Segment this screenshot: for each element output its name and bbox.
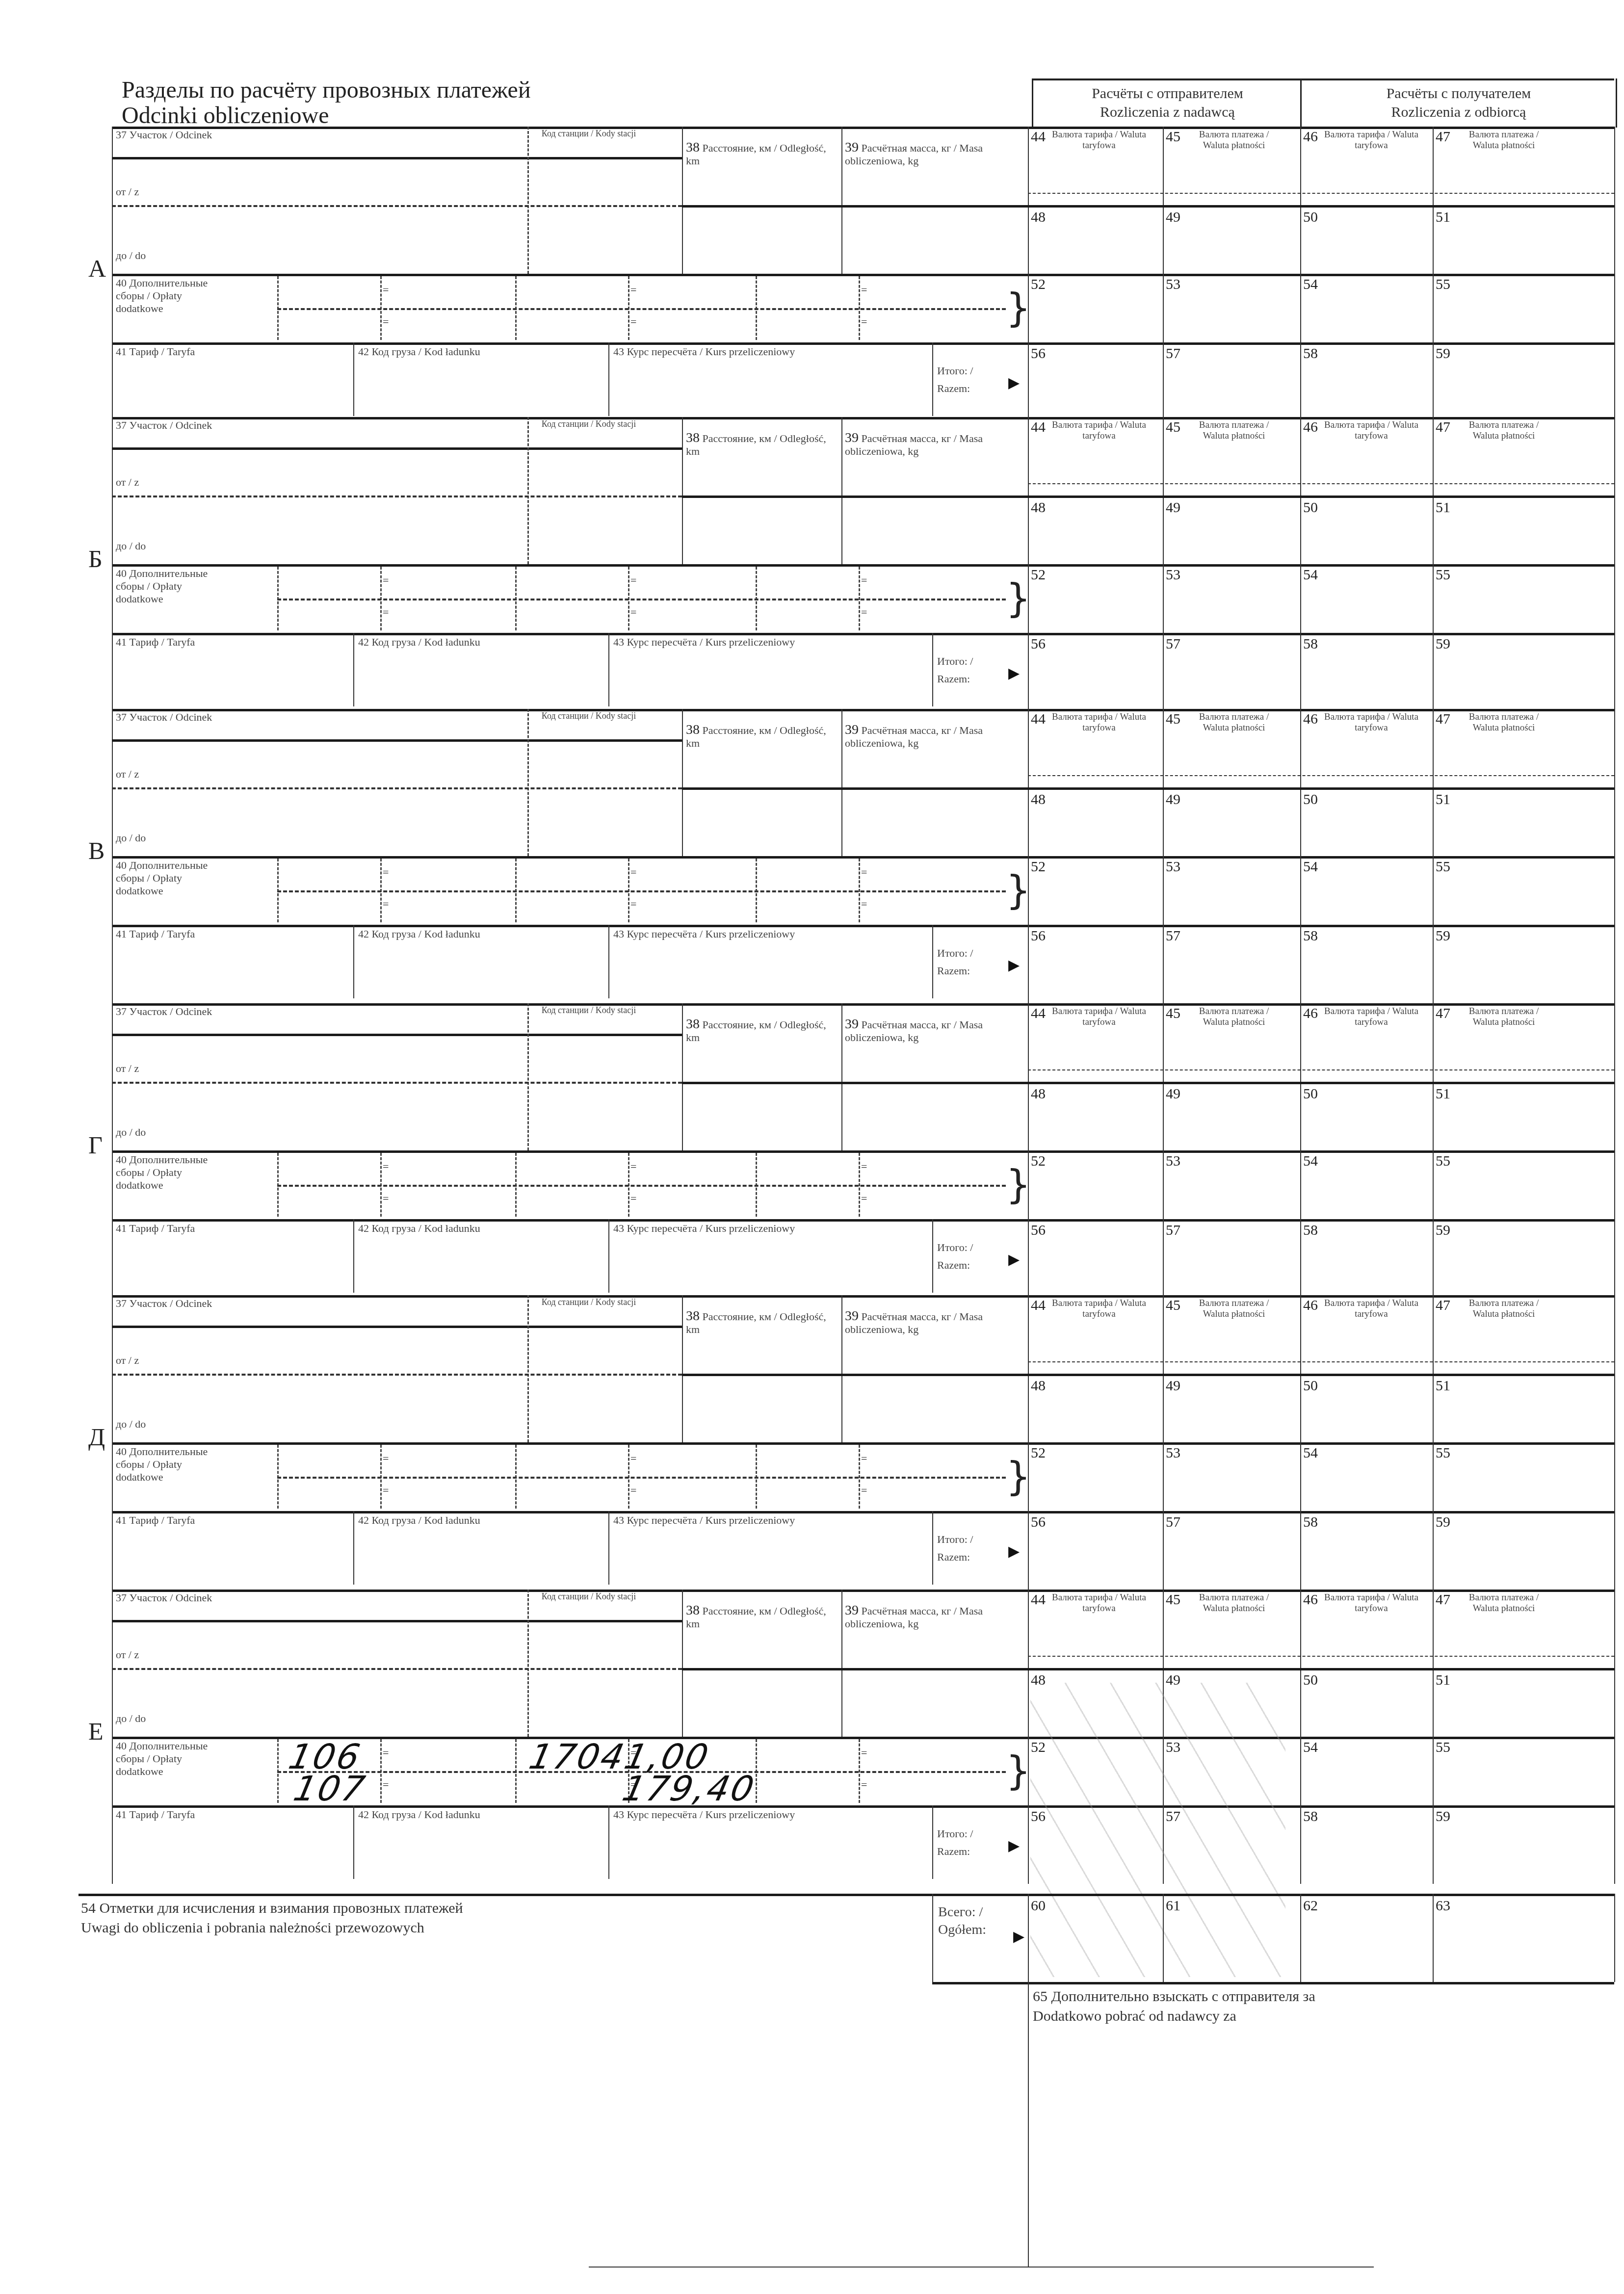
equals-sign: =	[861, 284, 867, 296]
currency-label: Валюта платежа / Waluta płatności	[1455, 1006, 1553, 1028]
cell-56[interactable]: 56	[1031, 1222, 1046, 1239]
cell-44[interactable]: 44	[1031, 419, 1046, 436]
brace-icon: }	[1006, 288, 1031, 328]
cell-53[interactable]: 53	[1166, 1445, 1180, 1461]
cell-48[interactable]: 48	[1031, 209, 1046, 226]
cell-56[interactable]: 56	[1031, 1514, 1046, 1531]
equals-sign: =	[383, 898, 389, 911]
field-39-label: 39 Расчётная масса, кг / Masa obliczenio…	[845, 1604, 1022, 1630]
to-label: до / do	[116, 249, 146, 262]
equals-sign: =	[861, 574, 867, 587]
section-letter: Д	[88, 1423, 105, 1451]
to-label: до / do	[116, 832, 146, 844]
arrow-right-icon: ▶	[1008, 665, 1020, 682]
equals-sign: =	[630, 284, 636, 296]
field-38-label: 38 Расстояние, км / Odległość, km	[686, 141, 833, 167]
currency-label: Валюта платежа / Waluta płatności	[1185, 712, 1283, 733]
cell-57[interactable]: 57	[1166, 928, 1180, 944]
field-41-label: 41 Тариф / Taryfa	[116, 928, 195, 940]
cell-56[interactable]: 56	[1031, 345, 1046, 362]
cell-59[interactable]: 59	[1436, 1808, 1450, 1825]
field-65-pl: Dodatkowo pobrać od nadawcy za	[1033, 2007, 1315, 2026]
section-2: Б37 Участок / OdcinekКод станции / Kody …	[112, 417, 1614, 711]
arrow-right-icon: ▶	[1008, 957, 1020, 974]
field-37-label: 37 Участок / Odcinek	[116, 419, 212, 432]
receiver-pl: Rozliczenia z odbiorcą	[1387, 103, 1531, 122]
cell-51[interactable]: 51	[1436, 1378, 1450, 1394]
equals-sign: =	[861, 1192, 867, 1205]
cell-53[interactable]: 53	[1166, 1153, 1180, 1170]
cell-52[interactable]: 52	[1031, 859, 1046, 875]
cell-56[interactable]: 56	[1031, 928, 1046, 944]
cell-49[interactable]: 49	[1166, 209, 1180, 226]
currency-label: Валюта тарифа / Waluta taryfowa	[1050, 420, 1148, 442]
cell-58[interactable]: 58	[1303, 928, 1318, 944]
cell-48[interactable]: 48	[1031, 499, 1046, 516]
equals-sign: =	[861, 1452, 867, 1465]
field-43-label: 43 Курс пересчёта / Kurs przeliczeniowy	[613, 345, 795, 358]
cell-45[interactable]: 45	[1166, 711, 1180, 728]
subtotal-label: Итого: / Razem:	[937, 1239, 996, 1274]
equals-sign: =	[383, 866, 389, 879]
section-1: А37 Участок / OdcinekКод станции / Kody …	[112, 127, 1614, 421]
cell-48[interactable]: 48	[1031, 1086, 1046, 1102]
field-42-label: 42 Код груза / Kod ładunku	[358, 636, 480, 649]
currency-label: Валюта платежа / Waluta płatności	[1185, 1592, 1283, 1614]
subtotal-label: Итого: / Razem:	[937, 1531, 996, 1566]
cell-50[interactable]: 50	[1303, 1672, 1318, 1689]
cell-55[interactable]: 55	[1436, 1445, 1450, 1461]
from-label: от / z	[116, 476, 139, 489]
from-label: от / z	[116, 1062, 139, 1075]
currency-label: Валюта тарифа / Waluta taryfowa	[1050, 130, 1148, 151]
cell-47[interactable]: 47	[1436, 129, 1450, 145]
field-39-label: 39 Расчётная масса, кг / Masa obliczenio…	[845, 141, 1022, 167]
cell-51[interactable]: 51	[1436, 499, 1450, 516]
cell-49[interactable]: 49	[1166, 1086, 1180, 1102]
equals-sign: =	[861, 606, 867, 619]
equals-sign: =	[383, 1192, 389, 1205]
cell-44[interactable]: 44	[1031, 1005, 1046, 1022]
cell-53[interactable]: 53	[1166, 567, 1180, 583]
field-40-label: 40 Дополнительные сборы / Opłaty dodatko…	[116, 567, 214, 605]
equals-sign: =	[630, 606, 636, 619]
cell-54[interactable]: 54	[1303, 859, 1318, 875]
field-43-label: 43 Курс пересчёта / Kurs przeliczeniowy	[613, 1514, 795, 1527]
to-label: до / do	[116, 540, 146, 552]
arrow-right-icon: ▶	[1013, 1928, 1024, 1945]
cell-59[interactable]: 59	[1436, 345, 1450, 362]
currency-label: Валюта тарифа / Waluta taryfowa	[1322, 420, 1420, 442]
cell-53[interactable]: 53	[1166, 276, 1180, 293]
currency-label: Валюта платежа / Waluta płatności	[1185, 1006, 1283, 1028]
to-label: до / do	[116, 1712, 146, 1725]
subtotal-label: Итого: / Razem:	[937, 652, 996, 688]
brace-icon: }	[1006, 579, 1031, 618]
cell-45[interactable]: 45	[1166, 1591, 1180, 1608]
cell-59[interactable]: 59	[1436, 636, 1450, 652]
cell-46[interactable]: 46	[1303, 1005, 1318, 1022]
receiver-ru: Расчёты с получателем	[1387, 84, 1531, 103]
equals-sign: =	[861, 866, 867, 879]
sender-ru: Расчёты с отправителем	[1092, 84, 1243, 103]
cell-50[interactable]: 50	[1303, 1086, 1318, 1102]
field-38-label: 38 Расстояние, км / Odległość, km	[686, 724, 833, 750]
currency-label: Валюта тарифа / Waluta taryfowa	[1050, 1592, 1148, 1614]
charge-code-2: 107	[290, 1769, 370, 1809]
cell-46[interactable]: 46	[1303, 1297, 1318, 1314]
currency-label: Валюта платежа / Waluta płatności	[1455, 1592, 1553, 1614]
cell-54[interactable]: 54	[1303, 276, 1318, 293]
cell-50[interactable]: 50	[1303, 499, 1318, 516]
cell-57[interactable]: 57	[1166, 1222, 1180, 1239]
cell-45[interactable]: 45	[1166, 1297, 1180, 1314]
equals-sign: =	[630, 315, 636, 328]
cell-46[interactable]: 46	[1303, 129, 1318, 145]
total-label: Всего: / Ogółem:	[938, 1903, 1012, 1939]
field-40-label: 40 Дополнительные сборы / Opłaty dodatko…	[116, 277, 214, 315]
cell-47[interactable]: 47	[1436, 711, 1450, 728]
cell-48[interactable]: 48	[1031, 1378, 1046, 1394]
field-42-label: 42 Код груза / Kod ładunku	[358, 1514, 480, 1527]
cell-54[interactable]: 54	[1303, 567, 1318, 583]
field-40-label: 40 Дополнительные сборы / Opłaty dodatko…	[116, 1153, 214, 1192]
cell-52[interactable]: 52	[1031, 1153, 1046, 1170]
field-41-label: 41 Тариф / Taryfa	[116, 1222, 195, 1235]
cell-54[interactable]: 54	[1303, 1445, 1318, 1461]
cell-62[interactable]: 62	[1303, 1898, 1318, 1914]
field-41-label: 41 Тариф / Taryfa	[116, 1808, 195, 1821]
currency-label: Валюта тарифа / Waluta taryfowa	[1322, 1592, 1420, 1614]
equals-sign: =	[861, 898, 867, 911]
currency-label: Валюта платежа / Waluta płatności	[1185, 420, 1283, 442]
brace-icon: }	[1006, 1165, 1031, 1204]
cell-57[interactable]: 57	[1166, 345, 1180, 362]
currency-label: Валюта тарифа / Waluta taryfowa	[1322, 1298, 1420, 1320]
cell-54[interactable]: 54	[1303, 1153, 1318, 1170]
currency-label: Валюта тарифа / Waluta taryfowa	[1050, 1006, 1148, 1028]
field-54-ru: 54 Отметки для исчисления и взимания про…	[81, 1899, 463, 1918]
field-37-label: 37 Участок / Odcinek	[116, 1297, 212, 1310]
cell-51[interactable]: 51	[1436, 1672, 1450, 1689]
section-letter: Б	[88, 545, 103, 573]
title-pl: Odcinki obliczeniowe	[122, 103, 531, 129]
equals-sign: =	[630, 866, 636, 879]
field-37-label: 37 Участок / Odcinek	[116, 1591, 212, 1604]
cell-52[interactable]: 52	[1031, 1445, 1046, 1461]
cell-46[interactable]: 46	[1303, 1591, 1318, 1608]
field-37-label: 37 Участок / Odcinek	[116, 129, 212, 141]
page-title: Разделы по расчёту провозных платежей Od…	[122, 78, 531, 129]
section-6: Е37 Участок / OdcinekКод станции / Kody …	[112, 1590, 1614, 1884]
cell-52[interactable]: 52	[1031, 276, 1046, 293]
equals-sign: =	[383, 1160, 389, 1173]
equals-sign: =	[383, 1747, 389, 1759]
field-38-label: 38 Расстояние, км / Odległość, km	[686, 432, 833, 458]
field-65-ru: 65 Дополнительно взыскать с отправителя …	[1033, 1987, 1315, 2007]
title-ru: Разделы по расчёту провозных платежей	[122, 78, 531, 103]
section-letter: Г	[88, 1131, 103, 1159]
station-code-label: Код станции / Kody stacji	[540, 419, 638, 429]
cell-45[interactable]: 45	[1166, 1005, 1180, 1022]
cell-56[interactable]: 56	[1031, 636, 1046, 652]
station-code-label: Код станции / Kody stacji	[540, 1297, 638, 1307]
equals-sign: =	[383, 1452, 389, 1465]
from-label: от / z	[116, 1648, 139, 1661]
field-38-label: 38 Расстояние, км / Odległość, km	[686, 1018, 833, 1044]
cell-51[interactable]: 51	[1436, 209, 1450, 226]
cell-58[interactable]: 58	[1303, 1222, 1318, 1239]
field-40-label: 40 Дополнительные сборы / Opłaty dodatko…	[116, 1445, 214, 1484]
field-54: 54 Отметки для исчисления и взимания про…	[81, 1899, 463, 1938]
section-4: Г37 Участок / OdcinekКод станции / Kody …	[112, 1003, 1614, 1298]
equals-sign: =	[383, 606, 389, 619]
field-41-label: 41 Тариф / Taryfa	[116, 1514, 195, 1527]
currency-label: Валюта тарифа / Waluta taryfowa	[1050, 1298, 1148, 1320]
currency-label: Валюта тарифа / Waluta taryfowa	[1322, 712, 1420, 733]
field-41-label: 41 Тариф / Taryfa	[116, 636, 195, 649]
sender-settlement-header: Расчёты с отправителемRozliczenia z nada…	[1032, 78, 1302, 128]
section-letter: Е	[88, 1717, 104, 1746]
field-37-label: 37 Участок / Odcinek	[116, 1005, 212, 1018]
cell-44[interactable]: 44	[1031, 1591, 1046, 1608]
cell-53[interactable]: 53	[1166, 859, 1180, 875]
equals-sign: =	[861, 1484, 867, 1497]
field-42-label: 42 Код груза / Kod ładunku	[358, 1222, 480, 1235]
arrow-right-icon: ▶	[1008, 1251, 1020, 1268]
equals-sign: =	[630, 1160, 636, 1173]
field-42-label: 42 Код груза / Kod ładunku	[358, 1808, 480, 1821]
currency-label: Валюта платежа / Waluta płatności	[1455, 712, 1553, 733]
station-code-label: Код станции / Kody stacji	[540, 1591, 638, 1601]
currency-label: Валюта тарифа / Waluta taryfowa	[1050, 712, 1148, 733]
equals-sign: =	[861, 315, 867, 328]
field-38-label: 38 Расстояние, км / Odległość, km	[686, 1604, 833, 1630]
section-letter: В	[88, 836, 105, 865]
equals-sign: =	[630, 898, 636, 911]
charge-amount-2: 179,40	[619, 1769, 759, 1809]
from-label: от / z	[116, 1354, 139, 1367]
field-40-label: 40 Дополнительные сборы / Opłaty dodatko…	[116, 859, 214, 897]
cell-50[interactable]: 50	[1303, 209, 1318, 226]
to-label: до / do	[116, 1418, 146, 1431]
equals-sign: =	[383, 1484, 389, 1497]
cell-49[interactable]: 49	[1166, 791, 1180, 808]
section-5: Д37 Участок / OdcinekКод станции / Kody …	[112, 1295, 1614, 1590]
equals-sign: =	[630, 1192, 636, 1205]
field-41-label: 41 Тариф / Taryfa	[116, 345, 195, 358]
field-42-label: 42 Код груза / Kod ładunku	[358, 928, 480, 940]
equals-sign: =	[861, 1747, 867, 1759]
field-39-label: 39 Расчётная масса, кг / Masa obliczenio…	[845, 1018, 1022, 1044]
field-37-label: 37 Участок / Odcinek	[116, 711, 212, 724]
cell-47[interactable]: 47	[1436, 1297, 1450, 1314]
field-38-label: 38 Расстояние, км / Odległość, km	[686, 1310, 833, 1336]
cell-47[interactable]: 47	[1436, 419, 1450, 436]
station-code-label: Код станции / Kody stacji	[540, 711, 638, 721]
cell-55[interactable]: 55	[1436, 276, 1450, 293]
equals-sign: =	[630, 1452, 636, 1465]
receiver-settlement-header: Расчёты с получателемRozliczenia z odbio…	[1300, 78, 1617, 128]
cell-59[interactable]: 59	[1436, 928, 1450, 944]
cell-45[interactable]: 45	[1166, 419, 1180, 436]
equals-sign: =	[630, 574, 636, 587]
currency-label: Валюта платежа / Waluta płatności	[1185, 130, 1283, 151]
from-label: от / z	[116, 768, 139, 781]
field-39-label: 39 Расчётная масса, кг / Masa obliczenio…	[845, 432, 1022, 458]
equals-sign: =	[383, 315, 389, 328]
cell-60[interactable]: 60	[1031, 1898, 1046, 1914]
brace-icon: }	[1006, 1751, 1031, 1791]
brace-icon: }	[1006, 1457, 1031, 1496]
cell-57[interactable]: 57	[1166, 1514, 1180, 1531]
cell-44[interactable]: 44	[1031, 711, 1046, 728]
subtotal-label: Итого: / Razem:	[937, 362, 996, 397]
field-40-label: 40 Дополнительные сборы / Opłaty dodatko…	[116, 1740, 214, 1778]
subtotal-label: Итого: / Razem:	[937, 944, 996, 980]
subtotal-label: Итого: / Razem:	[937, 1825, 996, 1860]
cell-55[interactable]: 55	[1436, 859, 1450, 875]
cell-59[interactable]: 59	[1436, 1222, 1450, 1239]
section-3: В37 Участок / OdcinekКод станции / Kody …	[112, 709, 1614, 1003]
field-65: 65 Дополнительно взыскать с отправителя …	[1033, 1987, 1315, 2026]
cell-48[interactable]: 48	[1031, 791, 1046, 808]
to-label: до / do	[116, 1126, 146, 1139]
cell-50[interactable]: 50	[1303, 1378, 1318, 1394]
currency-label: Валюта платежа / Waluta płatności	[1185, 1298, 1283, 1320]
cell-44[interactable]: 44	[1031, 129, 1046, 145]
field-42-label: 42 Код груза / Kod ładunku	[358, 345, 480, 358]
section-letter: А	[88, 254, 106, 283]
station-code-label: Код станции / Kody stacji	[540, 129, 638, 138]
cell-46[interactable]: 46	[1303, 419, 1318, 436]
cell-61[interactable]: 61	[1166, 1898, 1180, 1914]
cell-51[interactable]: 51	[1436, 791, 1450, 808]
currency-label: Валюта тарифа / Waluta taryfowa	[1322, 130, 1420, 151]
cell-55[interactable]: 55	[1436, 1153, 1450, 1170]
cell-50[interactable]: 50	[1303, 791, 1318, 808]
field-43-label: 43 Курс пересчёта / Kurs przeliczeniowy	[613, 1808, 795, 1821]
cell-49[interactable]: 49	[1166, 499, 1180, 516]
equals-sign: =	[861, 1778, 867, 1791]
cell-55[interactable]: 55	[1436, 1739, 1450, 1756]
field-43-label: 43 Курс пересчёта / Kurs przeliczeniowy	[613, 1222, 795, 1235]
cell-63[interactable]: 63	[1436, 1898, 1450, 1914]
cell-54[interactable]: 54	[1303, 1739, 1318, 1756]
station-code-label: Код станции / Kody stacji	[540, 1005, 638, 1015]
brace-icon: }	[1006, 871, 1031, 910]
equals-sign: =	[383, 1778, 389, 1791]
cell-49[interactable]: 49	[1166, 1378, 1180, 1394]
cell-58[interactable]: 58	[1303, 1514, 1318, 1531]
currency-label: Валюта платежа / Waluta płatności	[1455, 130, 1553, 151]
cell-58[interactable]: 58	[1303, 636, 1318, 652]
equals-sign: =	[383, 574, 389, 587]
cell-58[interactable]: 58	[1303, 345, 1318, 362]
field-43-label: 43 Курс пересчёта / Kurs przeliczeniowy	[613, 636, 795, 649]
equals-sign: =	[630, 1484, 636, 1497]
cell-58[interactable]: 58	[1303, 1808, 1318, 1825]
arrow-right-icon: ▶	[1008, 374, 1020, 391]
currency-label: Валюта тарифа / Waluta taryfowa	[1322, 1006, 1420, 1028]
cell-57[interactable]: 57	[1166, 636, 1180, 652]
cell-51[interactable]: 51	[1436, 1086, 1450, 1102]
cell-52[interactable]: 52	[1031, 567, 1046, 583]
arrow-right-icon: ▶	[1008, 1837, 1020, 1854]
stamp-mark	[1030, 1683, 1285, 1977]
equals-sign: =	[861, 1160, 867, 1173]
field-39-label: 39 Расчётная масса, кг / Masa obliczenio…	[845, 724, 1022, 750]
cell-45[interactable]: 45	[1166, 129, 1180, 145]
cell-47[interactable]: 47	[1436, 1005, 1450, 1022]
field-54-pl: Uwagi do obliczenia i pobrania należnośc…	[81, 1918, 463, 1938]
arrow-right-icon: ▶	[1008, 1543, 1020, 1560]
currency-label: Валюта платежа / Waluta płatności	[1455, 420, 1553, 442]
field-39-label: 39 Расчётная масса, кг / Masa obliczenio…	[845, 1310, 1022, 1336]
sender-pl: Rozliczenia z nadawcą	[1092, 103, 1243, 122]
cell-44[interactable]: 44	[1031, 1297, 1046, 1314]
cell-59[interactable]: 59	[1436, 1514, 1450, 1531]
field-43-label: 43 Курс пересчёта / Kurs przeliczeniowy	[613, 928, 795, 940]
cell-46[interactable]: 46	[1303, 711, 1318, 728]
equals-sign: =	[383, 284, 389, 296]
cell-47[interactable]: 47	[1436, 1591, 1450, 1608]
currency-label: Валюта платежа / Waluta płatności	[1455, 1298, 1553, 1320]
from-label: от / z	[116, 185, 139, 198]
cell-55[interactable]: 55	[1436, 567, 1450, 583]
